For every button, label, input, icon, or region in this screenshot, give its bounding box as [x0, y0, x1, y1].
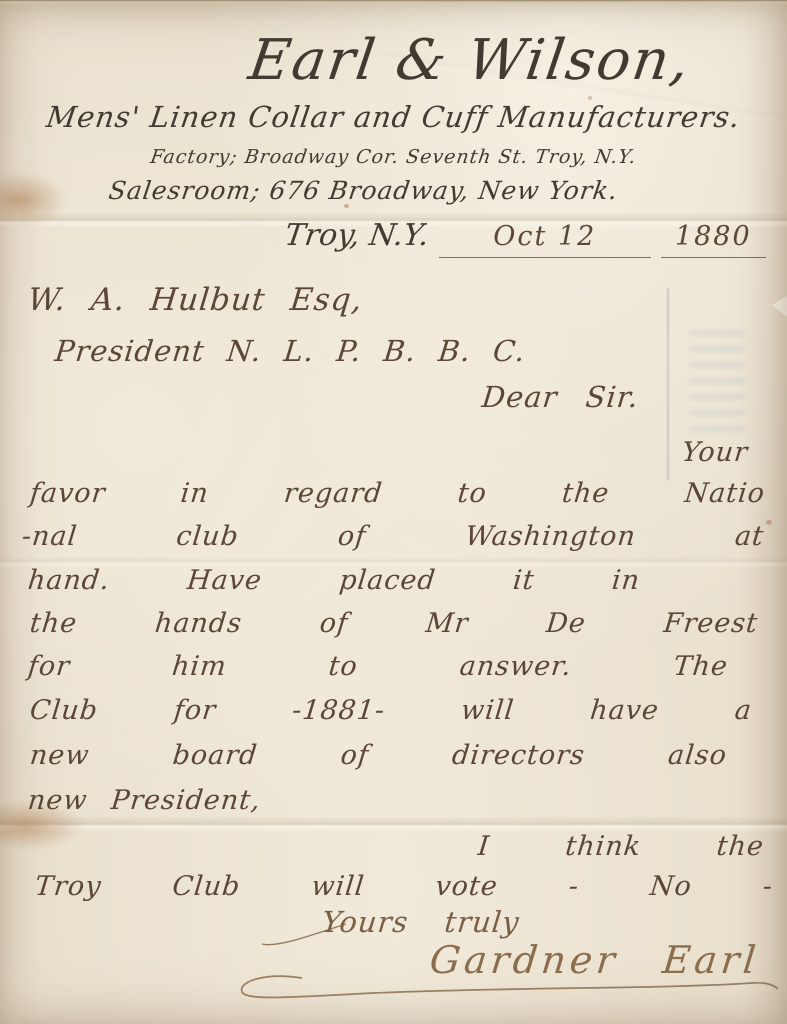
- body-line: the hands of Mr De Freest: [28, 607, 760, 641]
- dateline-place: Troy, N.Y.: [283, 218, 432, 253]
- company-tagline: Mens' Linen Collar and Cuff Manufacturer…: [0, 100, 787, 134]
- factory-address-line: Factory; Broadway Cor. Seventh St. Troy,…: [0, 146, 787, 168]
- dateline-date-slot: Oct 12: [439, 220, 651, 258]
- salesroom-address-line: Salesroom; 676 Broadway, New York.: [0, 176, 759, 205]
- body-line: -nal club of Washington at: [20, 520, 766, 554]
- recipient-name: W. A. Hulbut Esq,: [26, 282, 364, 318]
- signature: Gardner Earl: [428, 938, 762, 982]
- ink-bleed-ghost-line: [667, 288, 669, 480]
- dateline: Troy, N.Y.Oct 121880: [285, 218, 766, 258]
- dateline-date-handwritten: Oct 12: [493, 221, 596, 252]
- body-line: Club for -1881- will have a: [28, 694, 754, 728]
- body-line: new board of directors also: [28, 739, 729, 773]
- dateline-year-slot: 1880: [661, 220, 766, 258]
- valediction: Yours truly: [320, 905, 521, 939]
- letter-page: Earl & Wilson, Mens' Linen Collar and Cu…: [0, 0, 787, 1024]
- dateline-year: 1880: [675, 221, 752, 252]
- body-line: for him to answer. The: [26, 650, 730, 684]
- body-line: Troy Club will vote - No -: [33, 870, 775, 904]
- body-line: Your: [680, 436, 750, 470]
- ink-bleed-ghost-stamp: [690, 330, 746, 435]
- recipient-title: President N. L. P. B. B. C.: [53, 334, 527, 368]
- company-name: Earl & Wilson,: [145, 28, 787, 93]
- body-line: new President,: [26, 784, 262, 818]
- paper-freckle: [766, 520, 772, 525]
- body-line: favor in regard to the Natio: [28, 477, 767, 511]
- salutation: Dear Sir.: [480, 380, 640, 414]
- body-line: hand. Have placed it in: [26, 564, 642, 598]
- scan-edge-top: [0, 0, 787, 5]
- body-line: I think the: [476, 830, 766, 864]
- paper-notch: [772, 296, 787, 317]
